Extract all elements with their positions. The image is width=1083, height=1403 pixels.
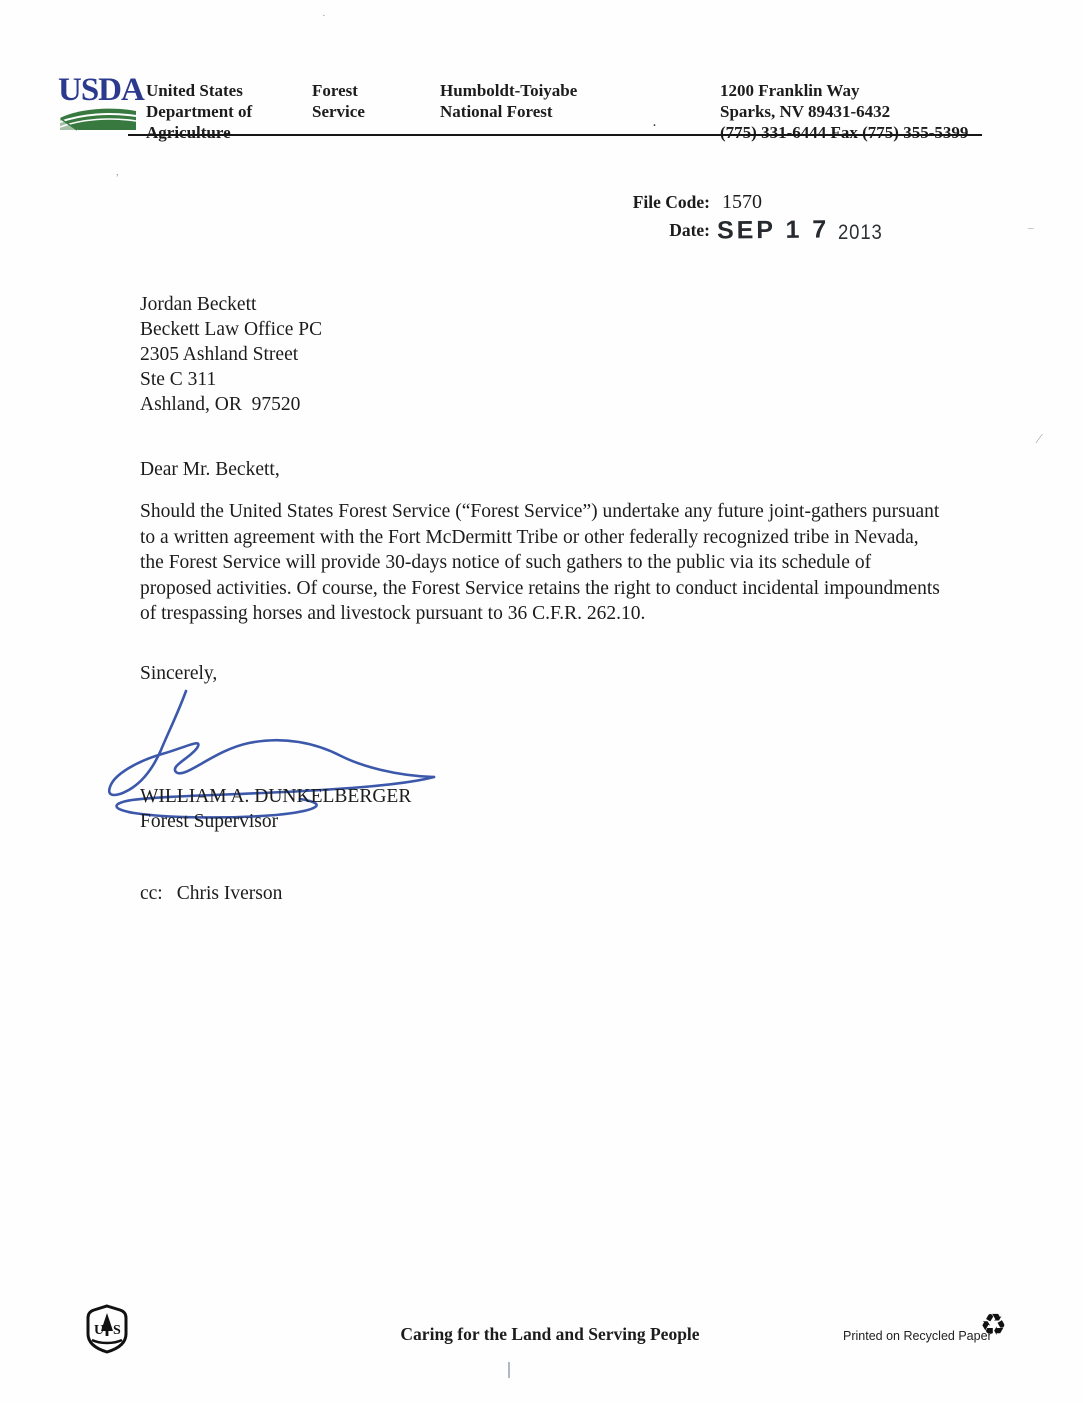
file-code-label: File Code: (600, 192, 710, 213)
signer-title: Forest Supervisor (140, 811, 278, 833)
usda-field-icon (58, 105, 138, 132)
header-line: Service (312, 101, 365, 122)
header-line: Agriculture (146, 122, 252, 143)
signer-name: WILLIAM A. DUNKELBERGER (140, 786, 411, 808)
cc-name: Chris Iverson (177, 883, 283, 904)
body-paragraph: Should the United States Forest Service … (140, 499, 946, 627)
recipient-line: Ste C 311 (140, 367, 322, 392)
recipient-line: 2305 Ashland Street (140, 342, 322, 367)
usda-logo-text: USDA (58, 76, 142, 104)
letter-page: USDA United States Department of Agricul… (0, 0, 1083, 1403)
recycled-paper-note: Printed on Recycled Paper (843, 1329, 992, 1343)
header-line: Department of (146, 101, 252, 122)
file-code-value: 1570 (722, 191, 762, 214)
recipient-line: Jordan Beckett (140, 292, 322, 317)
date-stamp: SEP 1 7 (717, 216, 830, 246)
date-stamp-year: 2013 (838, 221, 883, 245)
header-agency: Forest Service (312, 80, 365, 122)
scan-artifact: – (1028, 222, 1034, 234)
usda-logo: USDA (58, 76, 142, 132)
header-rule (128, 134, 982, 136)
header-line: (775) 331-6444 Fax (775) 355-5399 (720, 122, 968, 143)
cc-label: cc: (140, 883, 163, 904)
header-line: Sparks, NV 89431-6432 (720, 101, 968, 122)
header-line: National Forest (440, 101, 577, 122)
cc-line: cc:Chris Iverson (140, 883, 282, 905)
header-line: Forest (312, 80, 365, 101)
header-line: 1200 Franklin Way (720, 80, 968, 101)
header-line: Humboldt-Toiyabe (440, 80, 577, 101)
recipient-address: Jordan Beckett Beckett Law Office PC 230… (140, 292, 322, 417)
salutation: Dear Mr. Beckett, (140, 459, 280, 481)
date-label: Date: (600, 220, 710, 241)
recipient-line: Ashland, OR 97520 (140, 392, 322, 417)
recycle-icon: ♻ (980, 1308, 1007, 1343)
header-forest: Humboldt-Toiyabe National Forest (440, 80, 577, 122)
closing: Sincerely, (140, 663, 217, 685)
scan-artifact: ⁄ (1038, 432, 1040, 448)
header-line: United States (146, 80, 252, 101)
scan-artifact: , (116, 166, 119, 178)
scan-artifact (508, 1362, 510, 1378)
recipient-line: Beckett Law Office PC (140, 317, 322, 342)
scan-artifact: · (652, 118, 657, 135)
scan-artifact: · (322, 10, 326, 22)
